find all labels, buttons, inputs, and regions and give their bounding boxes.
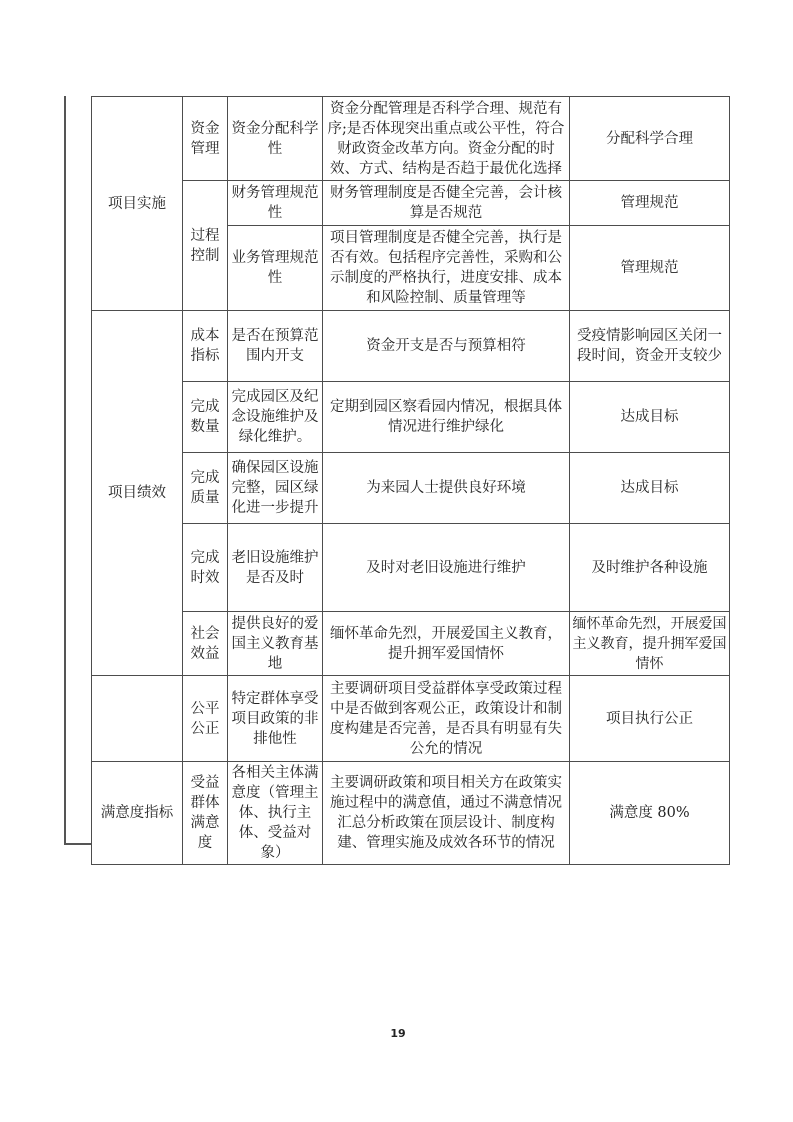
subcategory-cell: 完成数量 <box>183 382 228 453</box>
criteria-cell: 主要调研政策和项目相关方在政策实施过程中的满意值，通过不满意情况汇总分析政策在顶… <box>323 762 570 865</box>
indicator-cell: 提供良好的爱国主义教育基地 <box>228 612 323 676</box>
result-cell: 受疫情影响园区关闭一段时间，资金开支较少 <box>570 311 730 382</box>
section-satisfaction: 满意度指标 <box>92 762 183 865</box>
subcategory-cell: 完成质量 <box>183 453 228 524</box>
section-performance: 项目绩效 <box>92 311 183 676</box>
criteria-cell: 财务管理制度是否健全完善，会计核算是否规范 <box>323 181 570 226</box>
result-cell: 分配科学合理 <box>570 97 730 181</box>
subcategory-cell: 完成时效 <box>183 524 228 612</box>
indicator-cell: 特定群体享受项目政策的非排他性 <box>228 676 323 762</box>
table-row: 项目实施 资金管理 资金分配科学性 资金分配管理是否科学合理、规范有序;是否体现… <box>92 97 730 181</box>
criteria-cell: 缅怀革命先烈，开展爱国主义教育，提升拥军爱国情怀 <box>323 612 570 676</box>
result-cell: 达成目标 <box>570 453 730 524</box>
indicator-cell: 业务管理规范性 <box>228 226 323 311</box>
criteria-cell: 为来园人士提供良好环境 <box>323 453 570 524</box>
table-row: 公平公正 特定群体享受项目政策的非排他性 主要调研项目受益群体享受政策过程中是否… <box>92 676 730 762</box>
indicator-cell: 老旧设施维护是否及时 <box>228 524 323 612</box>
outer-bottom-border <box>64 843 92 845</box>
section-empty-cell <box>92 676 183 762</box>
subcategory-cell: 公平公正 <box>183 676 228 762</box>
outer-left-border <box>64 96 66 845</box>
indicator-cell: 各相关主体满意度（管理主体、执行主体、受益对象） <box>228 762 323 865</box>
table-row: 社会效益 提供良好的爱国主义教育基地 缅怀革命先烈，开展爱国主义教育，提升拥军爱… <box>92 612 730 676</box>
subcategory-cell: 过程控制 <box>183 181 228 311</box>
indicator-cell: 是否在预算范围内开支 <box>228 311 323 382</box>
table-row: 完成数量 完成园区及纪念设施维护及绿化维护。 定期到园区察看园内情况，根据具体情… <box>92 382 730 453</box>
criteria-cell: 定期到园区察看园内情况，根据具体情况进行维护绿化 <box>323 382 570 453</box>
result-cell: 项目执行公正 <box>570 676 730 762</box>
section-implementation: 项目实施 <box>92 97 183 311</box>
indicator-cell: 完成园区及纪念设施维护及绿化维护。 <box>228 382 323 453</box>
table-row: 过程控制 财务管理规范性 财务管理制度是否健全完善，会计核算是否规范 管理规范 <box>92 181 730 226</box>
indicator-cell: 资金分配科学性 <box>228 97 323 181</box>
result-cell: 管理规范 <box>570 226 730 311</box>
indicator-cell: 财务管理规范性 <box>228 181 323 226</box>
result-cell: 及时维护各种设施 <box>570 524 730 612</box>
table-row: 项目绩效 成本指标 是否在预算范围内开支 资金开支是否与预算相符 受疫情影响园区… <box>92 311 730 382</box>
criteria-cell: 资金开支是否与预算相符 <box>323 311 570 382</box>
page-number: 19 <box>388 1027 408 1040</box>
table-row: 满意度指标 受益群体满意度 各相关主体满意度（管理主体、执行主体、受益对象） 主… <box>92 762 730 865</box>
criteria-cell: 主要调研项目受益群体享受政策过程中是否做到客观公正，政策设计和制度构建是否完善，… <box>323 676 570 762</box>
criteria-cell: 项目管理制度是否健全完善，执行是否有效。包括程序完善性，采购和公示制度的严格执行… <box>323 226 570 311</box>
subcategory-cell: 资金管理 <box>183 97 228 181</box>
table-row: 完成质量 确保园区设施完整，园区绿化进一步提升 为来园人士提供良好环境 达成目标 <box>92 453 730 524</box>
criteria-cell: 及时对老旧设施进行维护 <box>323 524 570 612</box>
subcategory-cell: 成本指标 <box>183 311 228 382</box>
result-cell: 缅怀革命先烈，开展爱国主义教育，提升拥军爱国情怀 <box>570 612 730 676</box>
result-cell: 管理规范 <box>570 181 730 226</box>
indicator-cell: 确保园区设施完整，园区绿化进一步提升 <box>228 453 323 524</box>
result-cell: 达成目标 <box>570 382 730 453</box>
criteria-cell: 资金分配管理是否科学合理、规范有序;是否体现突出重点或公平性，符合财政资金改革方… <box>323 97 570 181</box>
result-cell: 满意度 80% <box>570 762 730 865</box>
subcategory-cell: 社会效益 <box>183 612 228 676</box>
performance-evaluation-table: 项目实施 资金管理 资金分配科学性 资金分配管理是否科学合理、规范有序;是否体现… <box>91 96 730 865</box>
table-row: 完成时效 老旧设施维护是否及时 及时对老旧设施进行维护 及时维护各种设施 <box>92 524 730 612</box>
subcategory-cell: 受益群体满意度 <box>183 762 228 865</box>
